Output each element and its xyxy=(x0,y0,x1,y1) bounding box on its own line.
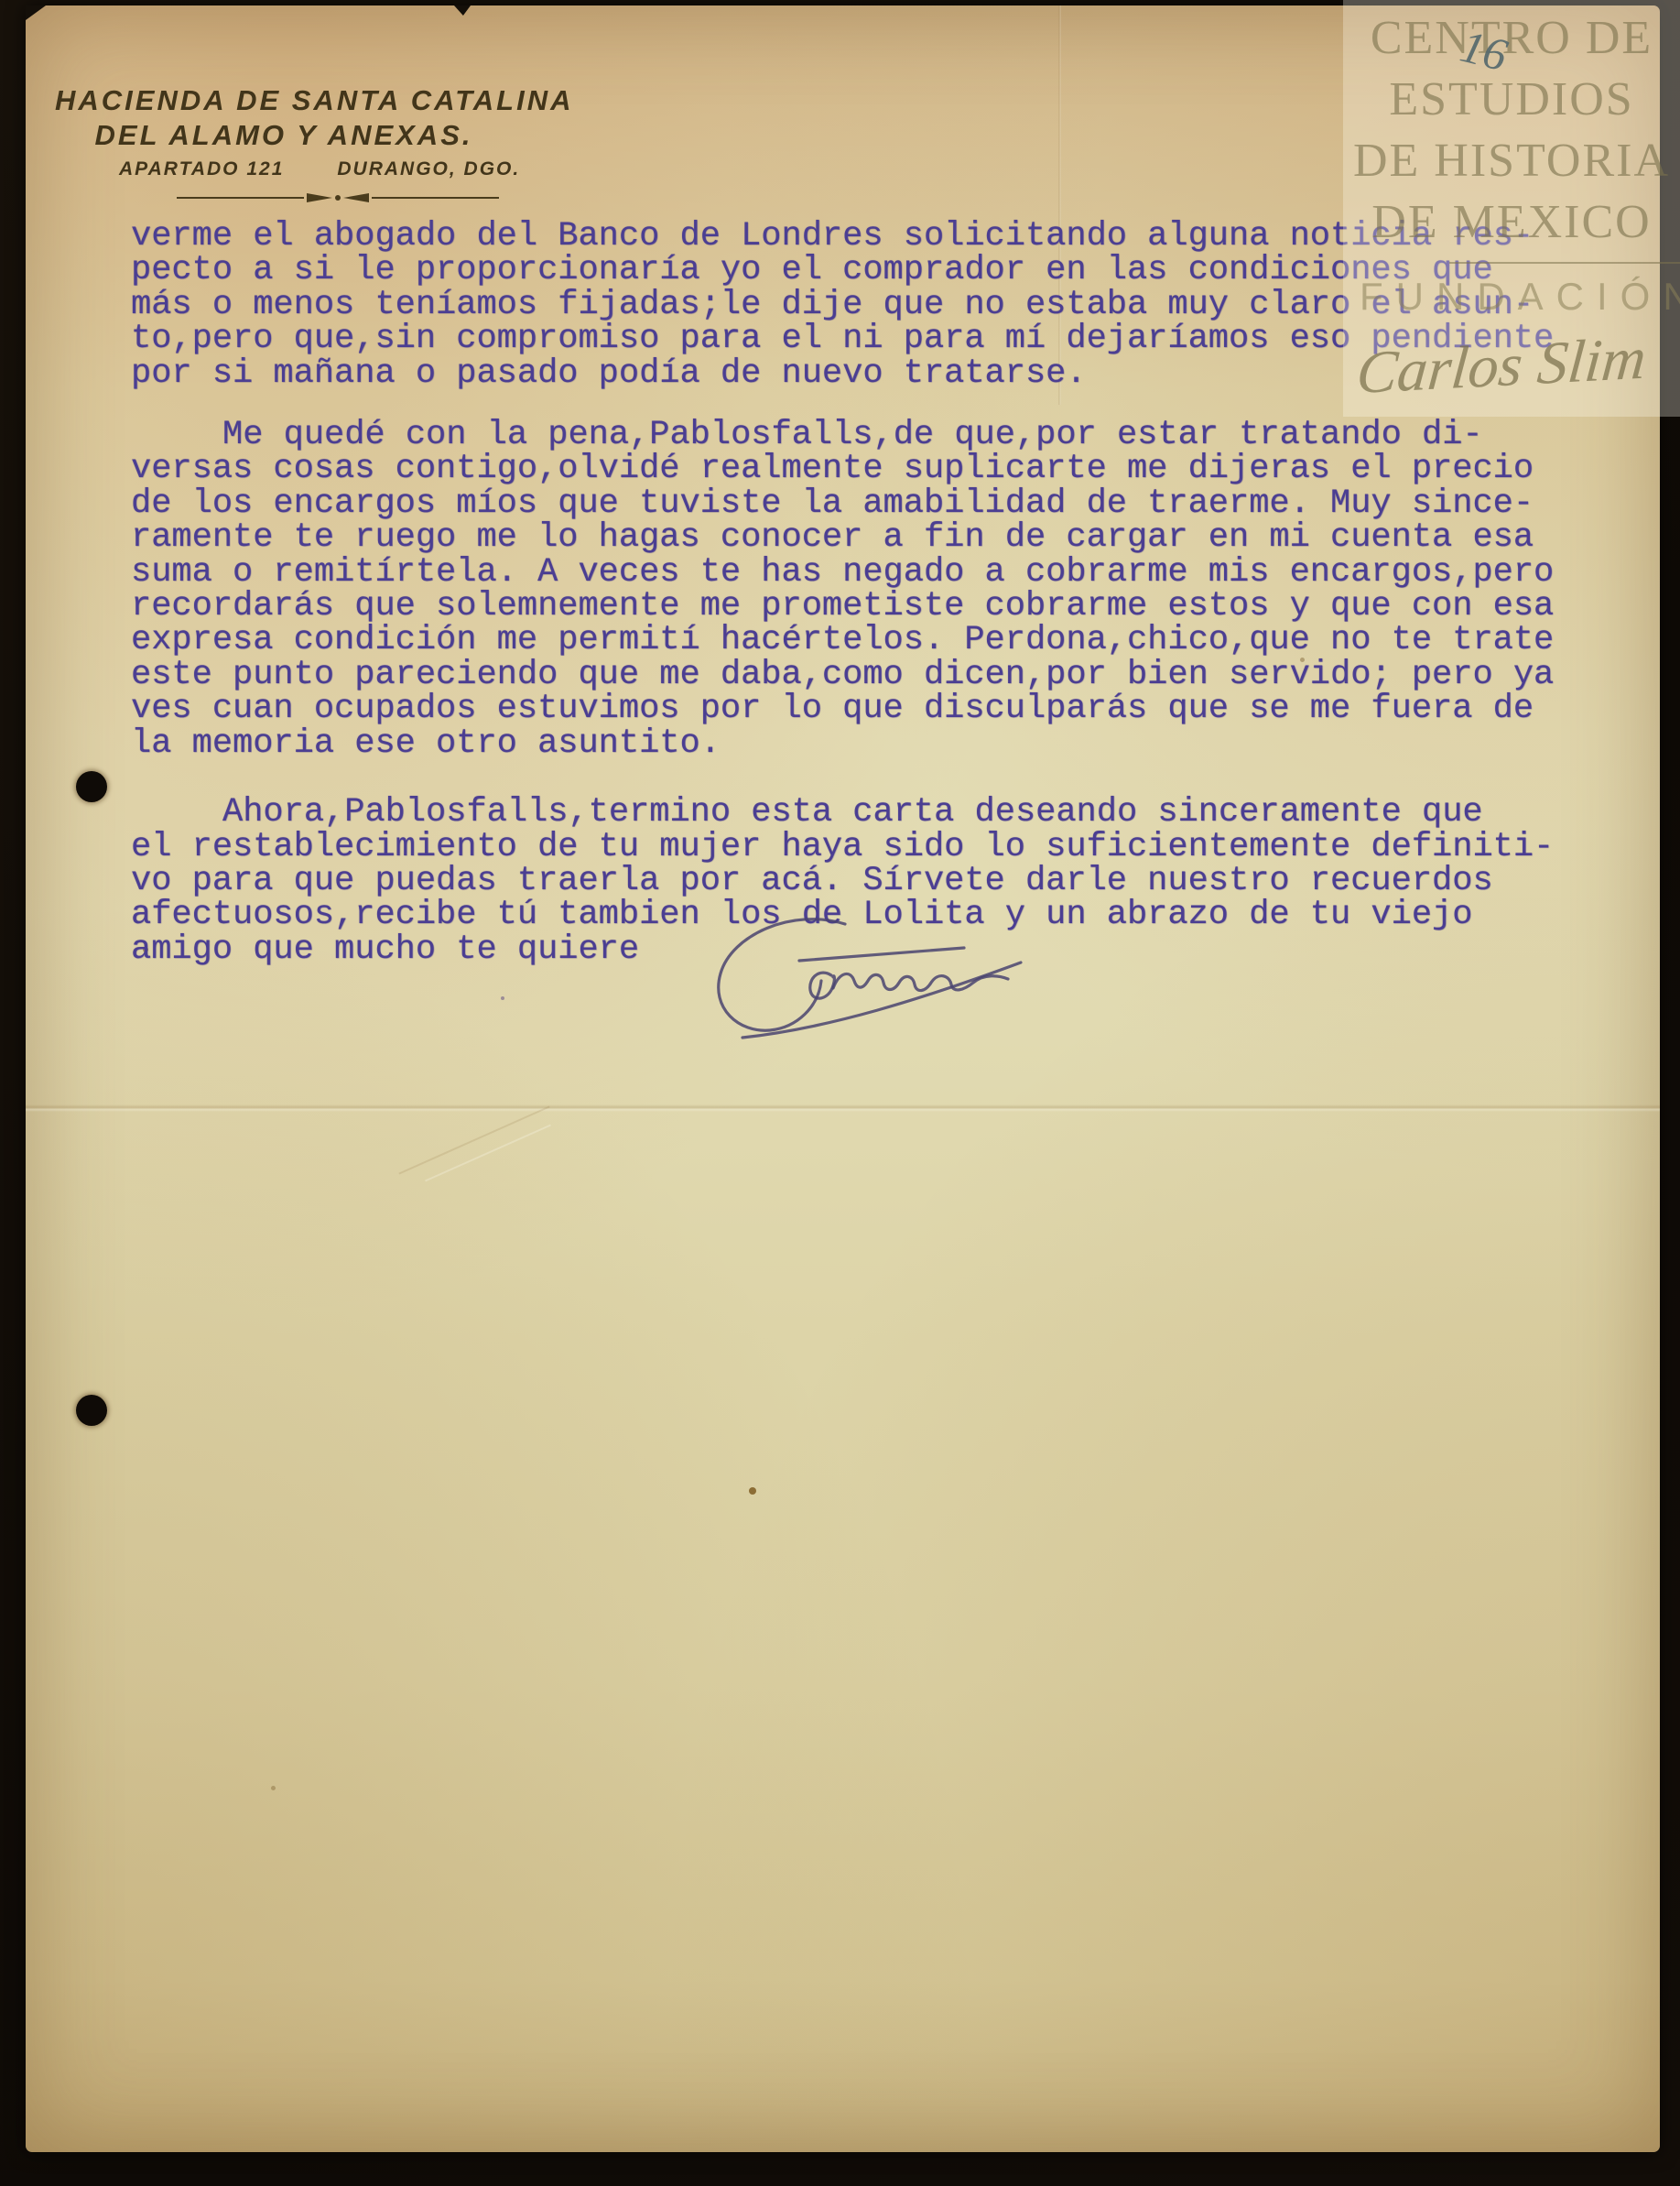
letterhead-hacienda-name-2: DEL ALAMO Y ANEXAS. xyxy=(55,119,513,152)
letterhead-address: APARTADO 121 DURANGO, DGO. xyxy=(119,158,520,180)
typed-line: pecto a si le proporcionaría yo el compr… xyxy=(131,254,1614,288)
fold-crease-horizontal xyxy=(26,1104,1660,1112)
edge-tear xyxy=(454,5,471,16)
ink-spot xyxy=(501,996,504,1000)
fold-crease-diagonal xyxy=(398,1105,549,1174)
letterhead-apartado: APARTADO 121 xyxy=(119,158,284,180)
paragraph-2: Me quedé con la pena,Pablosfalls,de que,… xyxy=(131,419,1614,761)
typed-line: versas cosas contigo,olvidé realmente su… xyxy=(131,452,1614,486)
typed-line: expresa condición me permití hacértelos.… xyxy=(131,624,1614,658)
typed-line: vo para que puedas traerla por acá. Sírv… xyxy=(131,865,1614,898)
scanned-letter: HACIENDA DE SANTA CATALINA DEL ALAMO Y A… xyxy=(0,0,1680,2186)
letterhead-city: DURANGO, DGO. xyxy=(337,158,520,180)
typed-line: por si mañana o pasado podía de nuevo tr… xyxy=(131,357,1614,391)
fold-crease-diagonal xyxy=(425,1125,551,1182)
letterhead-hacienda-name: HACIENDA DE SANTA CATALINA xyxy=(55,84,531,117)
typed-line: más o menos teníamos fijadas;le dije que… xyxy=(131,288,1614,322)
typed-line: recordarás que solemnemente me prometist… xyxy=(131,590,1614,624)
paragraph-1: verme el abogado del Banco de Londres so… xyxy=(131,220,1614,391)
typed-line: suma o remitírtela. A veces te has negad… xyxy=(131,556,1614,590)
punch-hole xyxy=(76,1395,107,1426)
typed-line: la memoria ese otro asuntito. xyxy=(131,727,1614,761)
typed-line: de los encargos míos que tuviste la amab… xyxy=(131,487,1614,521)
typed-line: Me quedé con la pena,Pablosfalls,de que,… xyxy=(131,419,1614,452)
typed-line: el restablecimiento de tu mujer haya sid… xyxy=(131,831,1614,865)
ornament-line-left xyxy=(177,197,304,199)
ornament-dot-icon xyxy=(335,195,341,201)
typed-line: ramente te ruego me lo hagas conocer a f… xyxy=(131,521,1614,555)
typed-line: ves cuan ocupados estuvimos por lo que d… xyxy=(131,692,1614,726)
letter-paper: HACIENDA DE SANTA CATALINA DEL ALAMO Y A… xyxy=(26,5,1660,2152)
typed-line: to,pero que,sin compromiso para el ni pa… xyxy=(131,322,1614,356)
ornament-line-right xyxy=(372,197,499,199)
age-spot xyxy=(749,1487,756,1495)
letter-body: verme el abogado del Banco de Londres so… xyxy=(131,220,1614,995)
punch-hole xyxy=(76,771,107,802)
age-spot xyxy=(271,1786,276,1790)
typed-line: este punto pareciendo que me daba,como d… xyxy=(131,658,1614,692)
typed-line: verme el abogado del Banco de Londres so… xyxy=(131,220,1614,254)
typed-line: Ahora,Pablosfalls,termino esta carta des… xyxy=(131,796,1614,830)
corner-tear xyxy=(26,5,46,20)
ornament-arrow-icon xyxy=(343,193,369,202)
ornament-arrow-icon xyxy=(307,193,332,202)
letterhead-ornament-rule xyxy=(177,192,499,203)
handwritten-signature xyxy=(682,911,1048,1039)
